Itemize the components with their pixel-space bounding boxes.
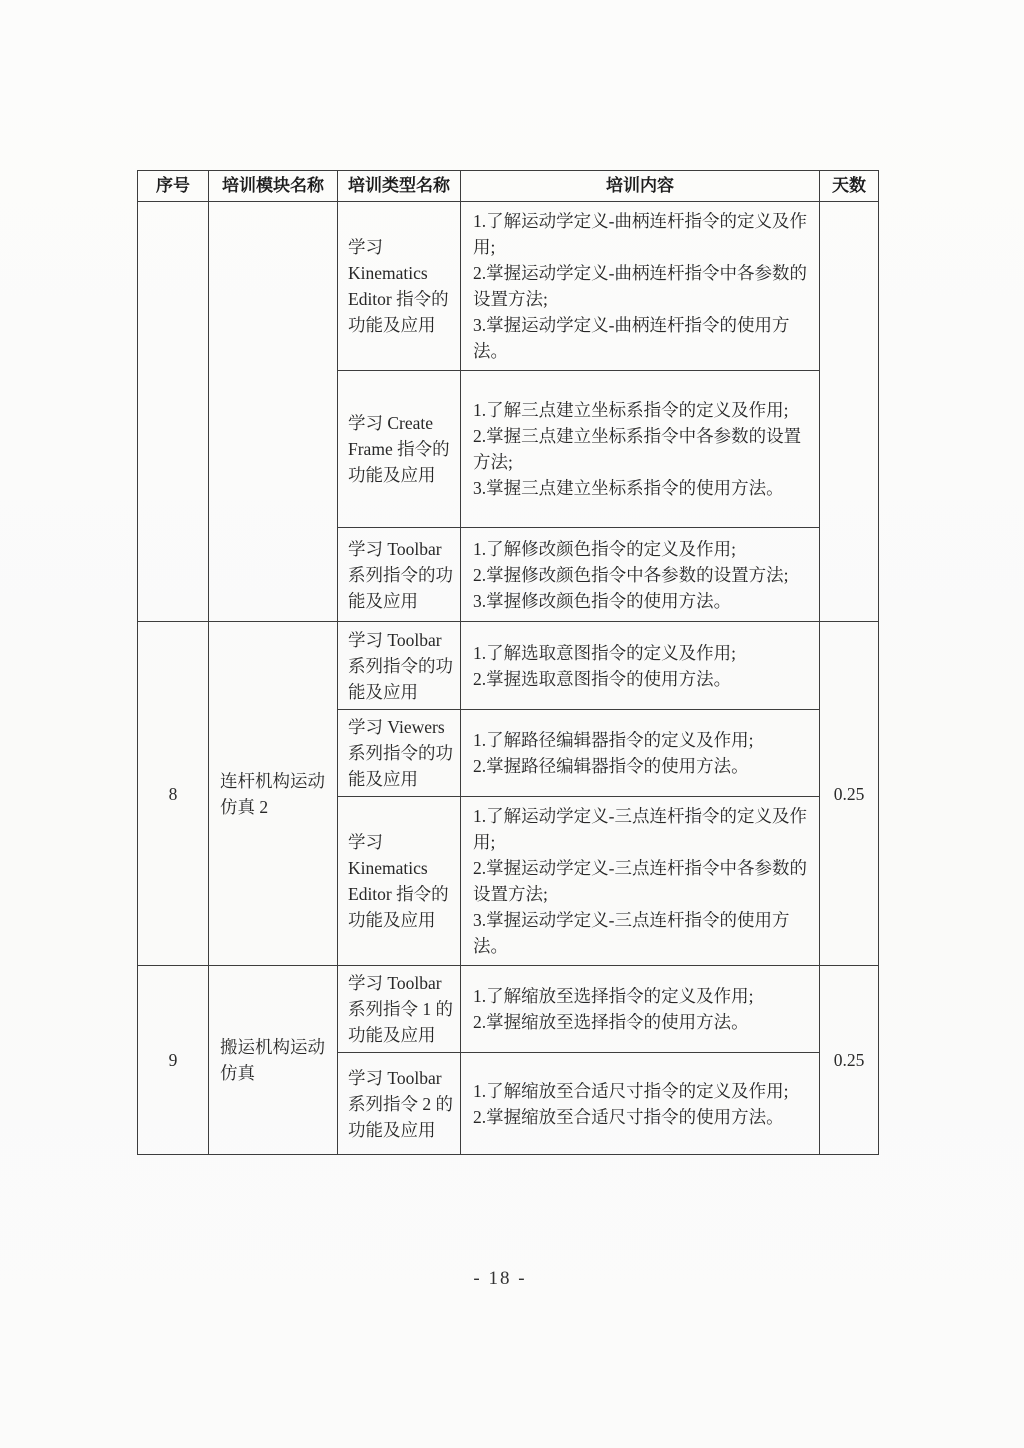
column-header-type: 培训类型名称 <box>338 171 461 202</box>
content-cell: 1.了解运动学定义-曲柄连杆指令的定义及作用; 2.掌握运动学定义-曲柄连杆指令… <box>461 202 820 371</box>
module-cell: 连杆机构运动仿真 2 <box>209 622 338 966</box>
module-cell: 搬运机构运动仿真 <box>209 966 338 1155</box>
training-schedule-table: 序号 培训模块名称 培训类型名称 培训内容 天数 学习 Kinematics E… <box>137 170 879 1155</box>
type-cell: 学习 Toolbar 系列指令的功能及应用 <box>338 622 461 710</box>
seq-cell: 8 <box>138 622 209 966</box>
content-cell: 1.了解三点建立坐标系指令的定义及作用; 2.掌握三点建立坐标系指令中各参数的设… <box>461 371 820 528</box>
table-header-row: 序号 培训模块名称 培训类型名称 培训内容 天数 <box>138 171 879 202</box>
content-cell: 1.了解修改颜色指令的定义及作用; 2.掌握修改颜色指令中各参数的设置方法; 3… <box>461 528 820 622</box>
content-cell: 1.了解缩放至选择指令的定义及作用; 2.掌握缩放至选择指令的使用方法。 <box>461 966 820 1053</box>
content-cell: 1.了解路径编辑器指令的定义及作用; 2.掌握路径编辑器指令的使用方法。 <box>461 710 820 797</box>
document-page: 序号 培训模块名称 培训类型名称 培训内容 天数 学习 Kinematics E… <box>0 0 1024 1448</box>
type-cell: 学习 Viewers 系列指令的功能及应用 <box>338 710 461 797</box>
type-cell: 学习 Kinematics Editor 指令的功能及应用 <box>338 797 461 966</box>
type-cell: 学习 Kinematics Editor 指令的功能及应用 <box>338 202 461 371</box>
page-number: - 18 - <box>0 1268 1000 1290</box>
content-cell: 1.了解缩放至合适尺寸指令的定义及作用; 2.掌握缩放至合适尺寸指令的使用方法。 <box>461 1053 820 1155</box>
column-header-seq: 序号 <box>138 171 209 202</box>
content-cell: 1.了解选取意图指令的定义及作用; 2.掌握选取意图指令的使用方法。 <box>461 622 820 710</box>
module-cell <box>209 202 338 622</box>
content-cell: 1.了解运动学定义-三点连杆指令的定义及作用; 2.掌握运动学定义-三点连杆指令… <box>461 797 820 966</box>
table-row: 学习 Kinematics Editor 指令的功能及应用 1.了解运动学定义-… <box>138 202 879 371</box>
type-cell: 学习 Toolbar 系列指令 2 的功能及应用 <box>338 1053 461 1155</box>
table-row: 8 连杆机构运动仿真 2 学习 Toolbar 系列指令的功能及应用 1.了解选… <box>138 622 879 710</box>
days-cell: 0.25 <box>820 622 879 966</box>
days-cell <box>820 202 879 622</box>
type-cell: 学习 Toolbar 系列指令的功能及应用 <box>338 528 461 622</box>
type-cell: 学习 Toolbar 系列指令 1 的功能及应用 <box>338 966 461 1053</box>
table-row: 9 搬运机构运动仿真 学习 Toolbar 系列指令 1 的功能及应用 1.了解… <box>138 966 879 1053</box>
type-cell: 学习 Create Frame 指令的功能及应用 <box>338 371 461 528</box>
column-header-content: 培训内容 <box>461 171 820 202</box>
column-header-module: 培训模块名称 <box>209 171 338 202</box>
days-cell: 0.25 <box>820 966 879 1155</box>
seq-cell: 9 <box>138 966 209 1155</box>
seq-cell <box>138 202 209 622</box>
column-header-days: 天数 <box>820 171 879 202</box>
